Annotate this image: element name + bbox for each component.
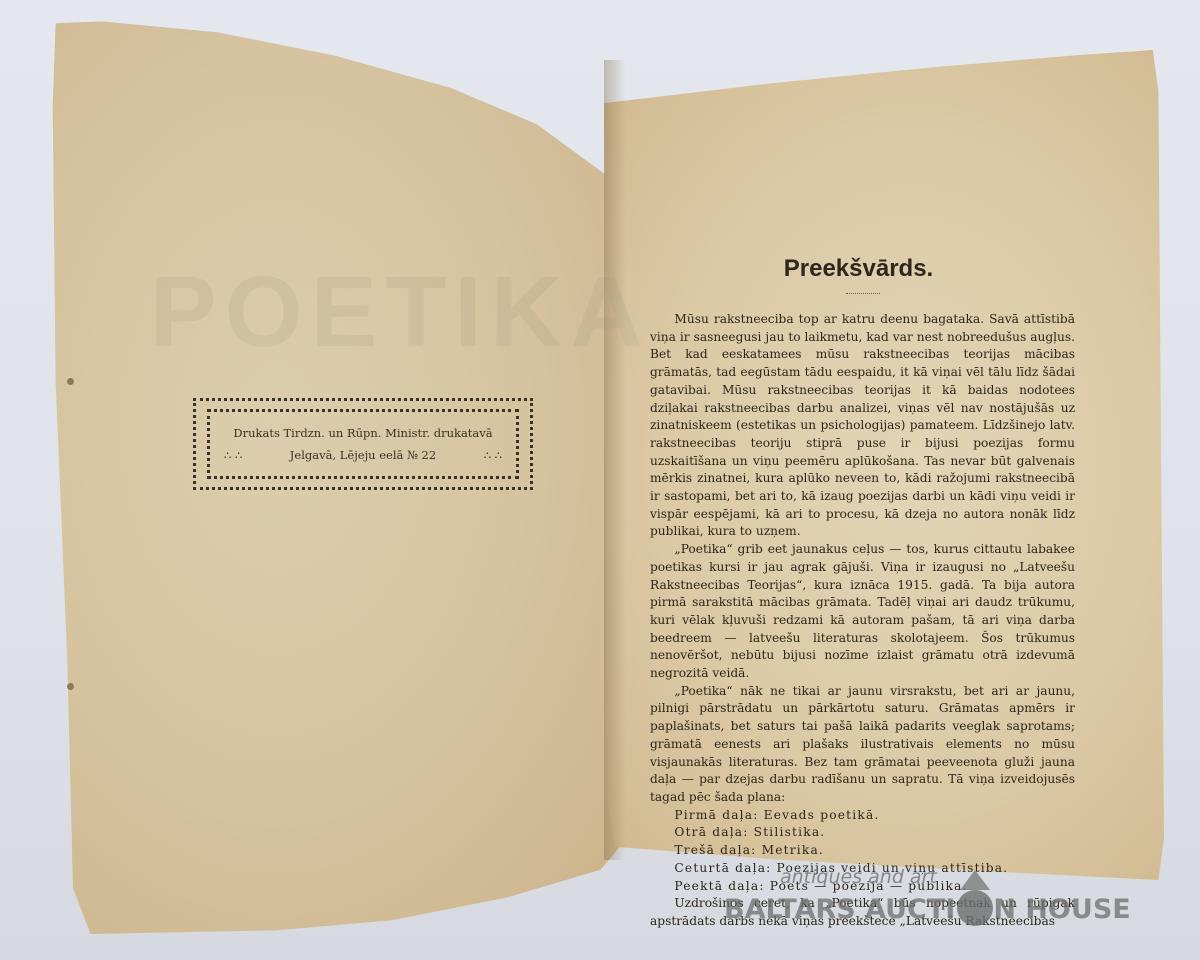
printer-imprint-box: Drukats Tirdzn. un Rūpn. Ministr. drukat… — [193, 398, 533, 490]
ornament-left-icon: ∴ ∴ — [224, 448, 242, 462]
heading-divider — [846, 293, 880, 295]
page-heading: Preekšvārds. — [642, 255, 1075, 283]
paragraph: Mūsu rakstneeciba top ar katru deenu bag… — [650, 311, 1075, 541]
binding-hole-dot — [67, 378, 74, 385]
show-through-title: POETIKA — [150, 255, 650, 370]
imprint-line-2: ∴ ∴ Jelgavā, Lējeju eelā № 22 ∴ ∴ — [210, 448, 516, 462]
printer-imprint-inner-border: Drukats Tirdzn. un Rūpn. Ministr. drukat… — [207, 409, 519, 479]
plan-item: Otrā daļa: Stilistika. — [674, 824, 1075, 842]
preface-text-block: Preekšvārds. Mūsu rakstneeciba top ar ka… — [650, 255, 1075, 931]
binding-hole-dot — [67, 683, 74, 690]
watermark-name: BALTARS AUCTIN HOUSE — [724, 894, 1131, 925]
preface-body: Mūsu rakstneeciba top ar katru deenu bag… — [650, 311, 1075, 807]
crown-icon — [960, 870, 990, 890]
imprint-line-1: Drukats Tirdzn. un Rūpn. Ministr. drukat… — [233, 426, 492, 440]
watermark-name-part2: N HOUSE — [993, 894, 1130, 925]
book-spine-shadow — [604, 60, 626, 860]
watermark-name-part1: BALTARS AUCTI — [724, 894, 955, 925]
paragraph: „Poetika“ nāk ne tikai ar jaunu virsraks… — [650, 683, 1075, 807]
plan-item: Trešā daļa: Metrika. — [674, 842, 1075, 860]
auction-house-watermark: antiques and art BALTARS AUCTIN HOUSE — [724, 866, 1124, 936]
imprint-address: Jelgavā, Lējeju eelā № 22 — [290, 448, 436, 462]
watermark-tagline: antiques and art — [780, 866, 937, 888]
logo-circle-icon — [957, 890, 993, 926]
ornament-right-icon: ∴ ∴ — [484, 448, 502, 462]
plan-item: Pirmā daļa: Eevads poetikā. — [674, 807, 1075, 825]
paragraph: „Poetika“ grib eet jaunakus ceļus — tos,… — [650, 541, 1075, 683]
